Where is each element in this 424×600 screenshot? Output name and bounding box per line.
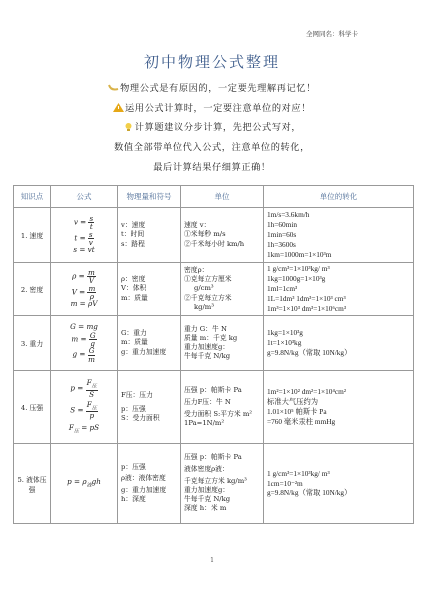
topic-cell: 5. 液体压强 [14,444,51,524]
symbols-cell: p：压强 ρ液：液体密度 g：重力加速度 h：深度 [118,444,181,524]
table-row: 5. 液体压强 p = ρ液gh p：压强 ρ液：液体密度 g：重力加速度 h：… [14,444,414,524]
header-symbols: 物理量和符号 [118,186,181,208]
formula-cell: ρ = mV V = mρ m = ρV [51,263,118,316]
units-cell: 压强 p：帕斯卡 Pa 压力F压：牛 N 受力面积 S:平方米 m² 1Pa=1… [181,371,264,444]
table-row: 3. 重力 G = mg m = Gg g = Gm G：重力 m：质量 g：重… [14,316,414,371]
header-note: 全网同名：科学卡 [306,29,358,38]
topic-cell: 1. 速度 [14,208,51,263]
intro-line-5: 最后计算结果仔细算正确！ [0,159,424,173]
intro-line-3: 计算题建议分步计算，先把公式写对， [0,119,424,133]
topic-cell: 3. 重力 [14,316,51,371]
page-number: 1 [0,557,424,564]
conversions-cell: 1kg=1×10³g 1t=1×10³kg g=9.8N/kg（常取 10N/k… [264,316,414,371]
warning-icon [113,103,124,112]
conversions-cell: 1m/s=3.6km/h 1h=60min 1min=60s 1h=3600s … [264,208,414,263]
intro-line-1: 物理公式是有原因的，一定要先理解再记忆！ [0,80,424,94]
header-conversions: 单位的转化 [264,186,414,208]
table-row: 2. 密度 ρ = mV V = mρ m = ρV ρ：密度 V：体积 m：质… [14,263,414,316]
formula-cell: v = st t = sv s = vt [51,208,118,263]
conversions-cell: 1 g/cm³=1×10³kg/ m³ 1kg=1000g=1×10³g 1ml… [264,263,414,316]
formula-table: 知识点 公式 物理量和符号 单位 单位的转化 1. 速度 v = st t = … [13,185,414,524]
topic-cell: 4. 压强 [14,371,51,444]
symbols-cell: v：速度 t：时间 s：路程 [118,208,181,263]
symbols-cell: G：重力 m：质量 g：重力加速度 [118,316,181,371]
formula-cell: p = F压S S = F压p F压 = pS [51,371,118,444]
formula-cell: G = mg m = Gg g = Gm [51,316,118,371]
page-title: 初中物理公式整理 [0,51,424,72]
units-cell: 重力 G：牛 N 质量 m：千克 kg 重力加速度g： 牛每千克 N/kg [181,316,264,371]
table-row: 1. 速度 v = st t = sv s = vt v：速度 t：时间 s：路… [14,208,414,263]
lightbulb-icon [123,122,134,131]
header-topic: 知识点 [14,186,51,208]
topic-cell: 2. 密度 [14,263,51,316]
table-header-row: 知识点 公式 物理量和符号 单位 单位的转化 [14,186,414,208]
symbols-cell: ρ：密度 V：体积 m：质量 [118,263,181,316]
intro-line-2: 运用公式计算时，一定要注意单位的对应！ [0,100,424,114]
conversions-cell: 1 g/cm³=1×10³kg/ m³ 1cm=10⁻²m g=9.8N/kg（… [264,444,414,524]
intro-line-4: 数值全部带单位代入公式，注意单位的转化， [0,139,424,153]
units-cell: 速度 v： ①米每秒 m/s ②千米每小时 km/h [181,208,264,263]
header-units: 单位 [181,186,264,208]
units-cell: 密度ρ： ①克每立方厘米 g/cm³ ②千克每立方米 kg/m³ [181,263,264,316]
scroll-icon [108,83,119,92]
formula-cell: p = ρ液gh [51,444,118,524]
symbols-cell: F压：压力 p：压强 S：受力面积 [118,371,181,444]
header-formula: 公式 [51,186,118,208]
units-cell: 压强 p：帕斯卡 Pa 液体密度ρ液： 千克每立方米 kg/m³ 重力加速度g：… [181,444,264,524]
conversions-cell: 1m²=1×10² dm²=1×10⁴cm² 标准大气压约为 1.01×10⁵ … [264,371,414,444]
table-row: 4. 压强 p = F压S S = F压p F压 = pS F压：压力 p：压强… [14,371,414,444]
